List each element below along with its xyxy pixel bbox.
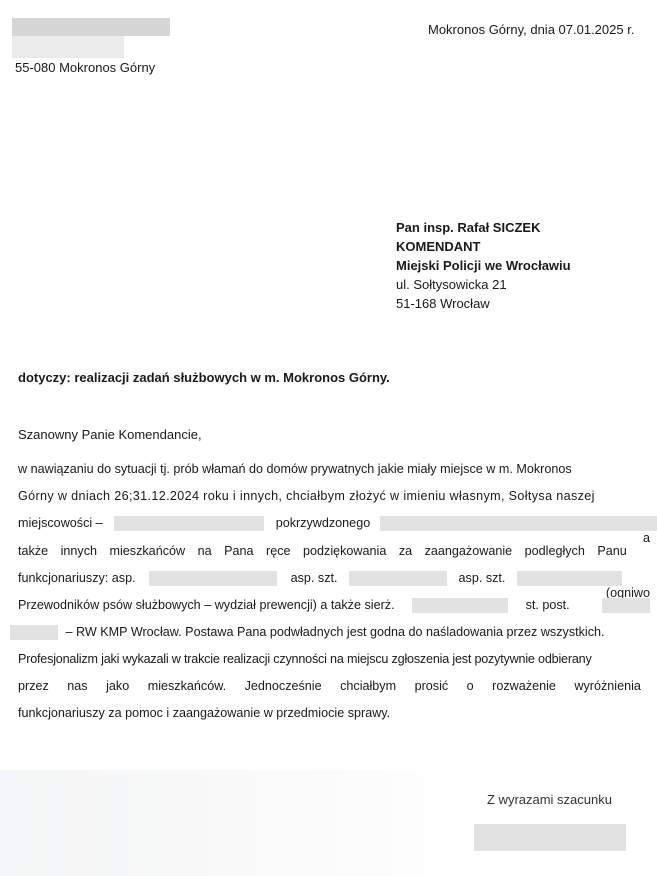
body-line-9: przez nas jako mieszkańców. Jednocześnie…	[18, 679, 650, 693]
body-line-2: Górny w dniach 26;31.12.2024 roku i inny…	[18, 489, 650, 503]
redacted-signature	[474, 824, 626, 851]
sender-postal: 55-080 Mokronos Górny	[15, 60, 155, 75]
recipient-title: KOMENDANT	[396, 237, 571, 256]
body-line-7: – RW KMP Wrocław. Postawa Pana podwładny…	[10, 625, 650, 640]
body-line-6: Przewodników psów służbowych – wydział p…	[18, 598, 650, 613]
redacted-officer-1	[149, 571, 277, 586]
salutation: Szanowny Panie Komendancie,	[18, 427, 202, 442]
body-line-3: miejscowości – pokrzywdzonego a	[18, 516, 650, 545]
closing: Z wyrazami szacunku	[487, 792, 612, 807]
redacted-sender-name	[12, 18, 170, 36]
redacted-officer-5-cont	[10, 625, 58, 640]
recipient-city: 51-168 Wrocław	[396, 294, 571, 313]
photo-shading	[0, 770, 480, 876]
body-line-1: w nawiązaniu do sytuacji tj. prób włamań…	[18, 462, 650, 476]
body-line-5: funkcjonariuszy: asp. asp. szt. asp. szt…	[18, 571, 650, 600]
redacted-victim-name	[380, 516, 657, 531]
redacted-officer-4	[412, 598, 508, 613]
recipient-street: ul. Sołtysowicka 21	[396, 275, 571, 294]
redacted-officer-3	[517, 571, 622, 586]
date-line: Mokronos Górny, dnia 07.01.2025 r.	[428, 22, 634, 37]
body-line-8: Profesjonalizm jaki wykazali w trakcie r…	[18, 652, 650, 666]
redacted-officer-2	[349, 571, 447, 586]
recipient-office: Miejski Policji we Wrocławiu	[396, 256, 571, 275]
body-line-4: także innych mieszkańców na Pana ręce po…	[18, 544, 650, 558]
redacted-soltys-name	[114, 516, 264, 531]
recipient-name: Pan insp. Rafał SICZEK	[396, 218, 571, 237]
recipient-block: Pan insp. Rafał SICZEK KOMENDANT Miejski…	[396, 218, 571, 313]
redacted-sender-street	[12, 36, 124, 58]
redacted-officer-5	[602, 598, 650, 613]
subject-line: dotyczy: realizacji zadań służbowych w m…	[18, 370, 390, 385]
body-line-10: funkcjonariuszy za pomoc i zaangażowanie…	[18, 706, 650, 720]
